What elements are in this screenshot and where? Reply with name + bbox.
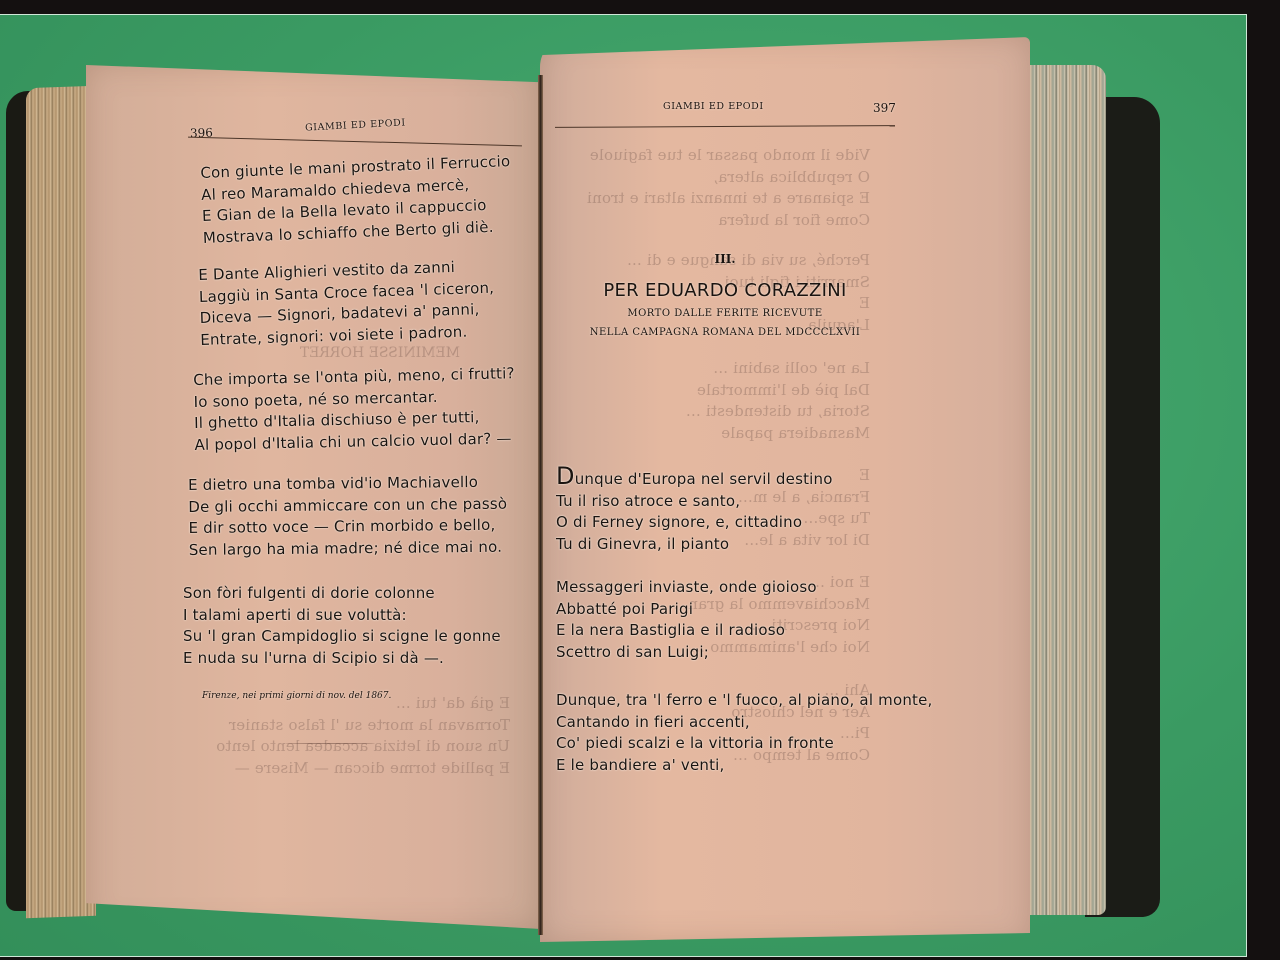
- left-stanza-5: Son fòri fulgenti di dorie colonne I tal…: [183, 583, 501, 669]
- verse-line: Dunque, tra 'l ferro e 'l fuoco, al pian…: [556, 690, 933, 712]
- left-stanza-3: Che importa se l'onta più, meno, ci frut…: [193, 363, 516, 456]
- verse-line: Tu il riso atroce e santo,: [556, 491, 833, 513]
- show-through-text: E già da' tui ... Tornavan la morte su '…: [190, 693, 510, 779]
- left-stanza-4: E dietro una tomba vid'io Machiavello De…: [188, 472, 508, 561]
- verse-line: Cantando in fieri accenti,: [556, 712, 933, 734]
- verse-line: E le bandiere a' venti,: [556, 755, 933, 777]
- verse-line: I talami aperti di sue voluttà:: [183, 605, 501, 627]
- poem-subtitle-line: MORTO DALLE FERITE RICEVUTE: [560, 308, 890, 319]
- verse-line: Sen largo ha mia madre; né dice mai no.: [189, 536, 508, 561]
- verse-line: E dietro una tomba vid'io Machiavello: [188, 472, 507, 497]
- verse-line: E la nera Bastiglia e il radioso: [556, 620, 817, 642]
- verse-line: Son fòri fulgenti di dorie colonne: [183, 583, 501, 605]
- show-through-text: La ne' colli sabini ... Dal piè de l'imm…: [560, 358, 870, 444]
- poem-subtitle-line: NELLA CAMPAGNA ROMANA DEL MDCCCLXVII: [560, 327, 890, 338]
- verse-line: Abbatté poi Parigi: [556, 599, 817, 621]
- verse-line: Su 'l gran Campidoglio si scigne le gonn…: [183, 626, 501, 648]
- verse-line: E nuda su l'urna di Scipio si dà —.: [183, 648, 501, 670]
- right-stanza-2: Messaggeri inviaste, onde gioioso Abbatt…: [556, 577, 817, 663]
- right-stanza-3: Dunque, tra 'l ferro e 'l fuoco, al pian…: [556, 690, 933, 776]
- show-through-rule: [285, 743, 375, 744]
- right-stanza-1: Dunque d'Europa nel servil destino Tu il…: [556, 467, 833, 555]
- right-running-head: GIAMBI ED EPODI: [663, 101, 764, 112]
- verse-line: Dunque d'Europa nel servil destino: [556, 467, 833, 491]
- drop-cap: D: [556, 462, 575, 490]
- poem-heading: III. PER EDUARDO CORAZZINI MORTO DALLE F…: [560, 252, 890, 338]
- verse-line: Tu di Ginevra, il pianto: [556, 534, 833, 556]
- book-gutter: [538, 75, 543, 935]
- left-stanza-1: Con giunte le mani prostrato il Ferrucci…: [200, 151, 513, 249]
- poem-title: PER EDUARDO CORAZZINI: [560, 280, 890, 301]
- left-stanza-2: E Dante Alighieri vestito da zanni Laggi…: [198, 256, 496, 351]
- page-edges-left: [26, 86, 96, 918]
- poem-number: III.: [560, 252, 890, 266]
- dateline: Firenze, nei primi giorni di nov. del 18…: [202, 691, 391, 701]
- right-page-number: 397: [873, 101, 896, 115]
- show-through-text: Vide il mondo passar le tue fagiuole O r…: [560, 145, 870, 231]
- verse-line: Co' piedi scalzi e la vittoria in fronte: [556, 733, 933, 755]
- verse-line: O di Ferney signore, e, cittadino: [556, 512, 833, 534]
- verse-line: Scettro di san Luigi;: [556, 642, 817, 664]
- verse-line: Messaggeri inviaste, onde gioioso: [556, 577, 817, 599]
- verse-line: E dir sotto voce — Crin morbido e bello,: [188, 515, 507, 540]
- page-edges-right: [1020, 65, 1106, 915]
